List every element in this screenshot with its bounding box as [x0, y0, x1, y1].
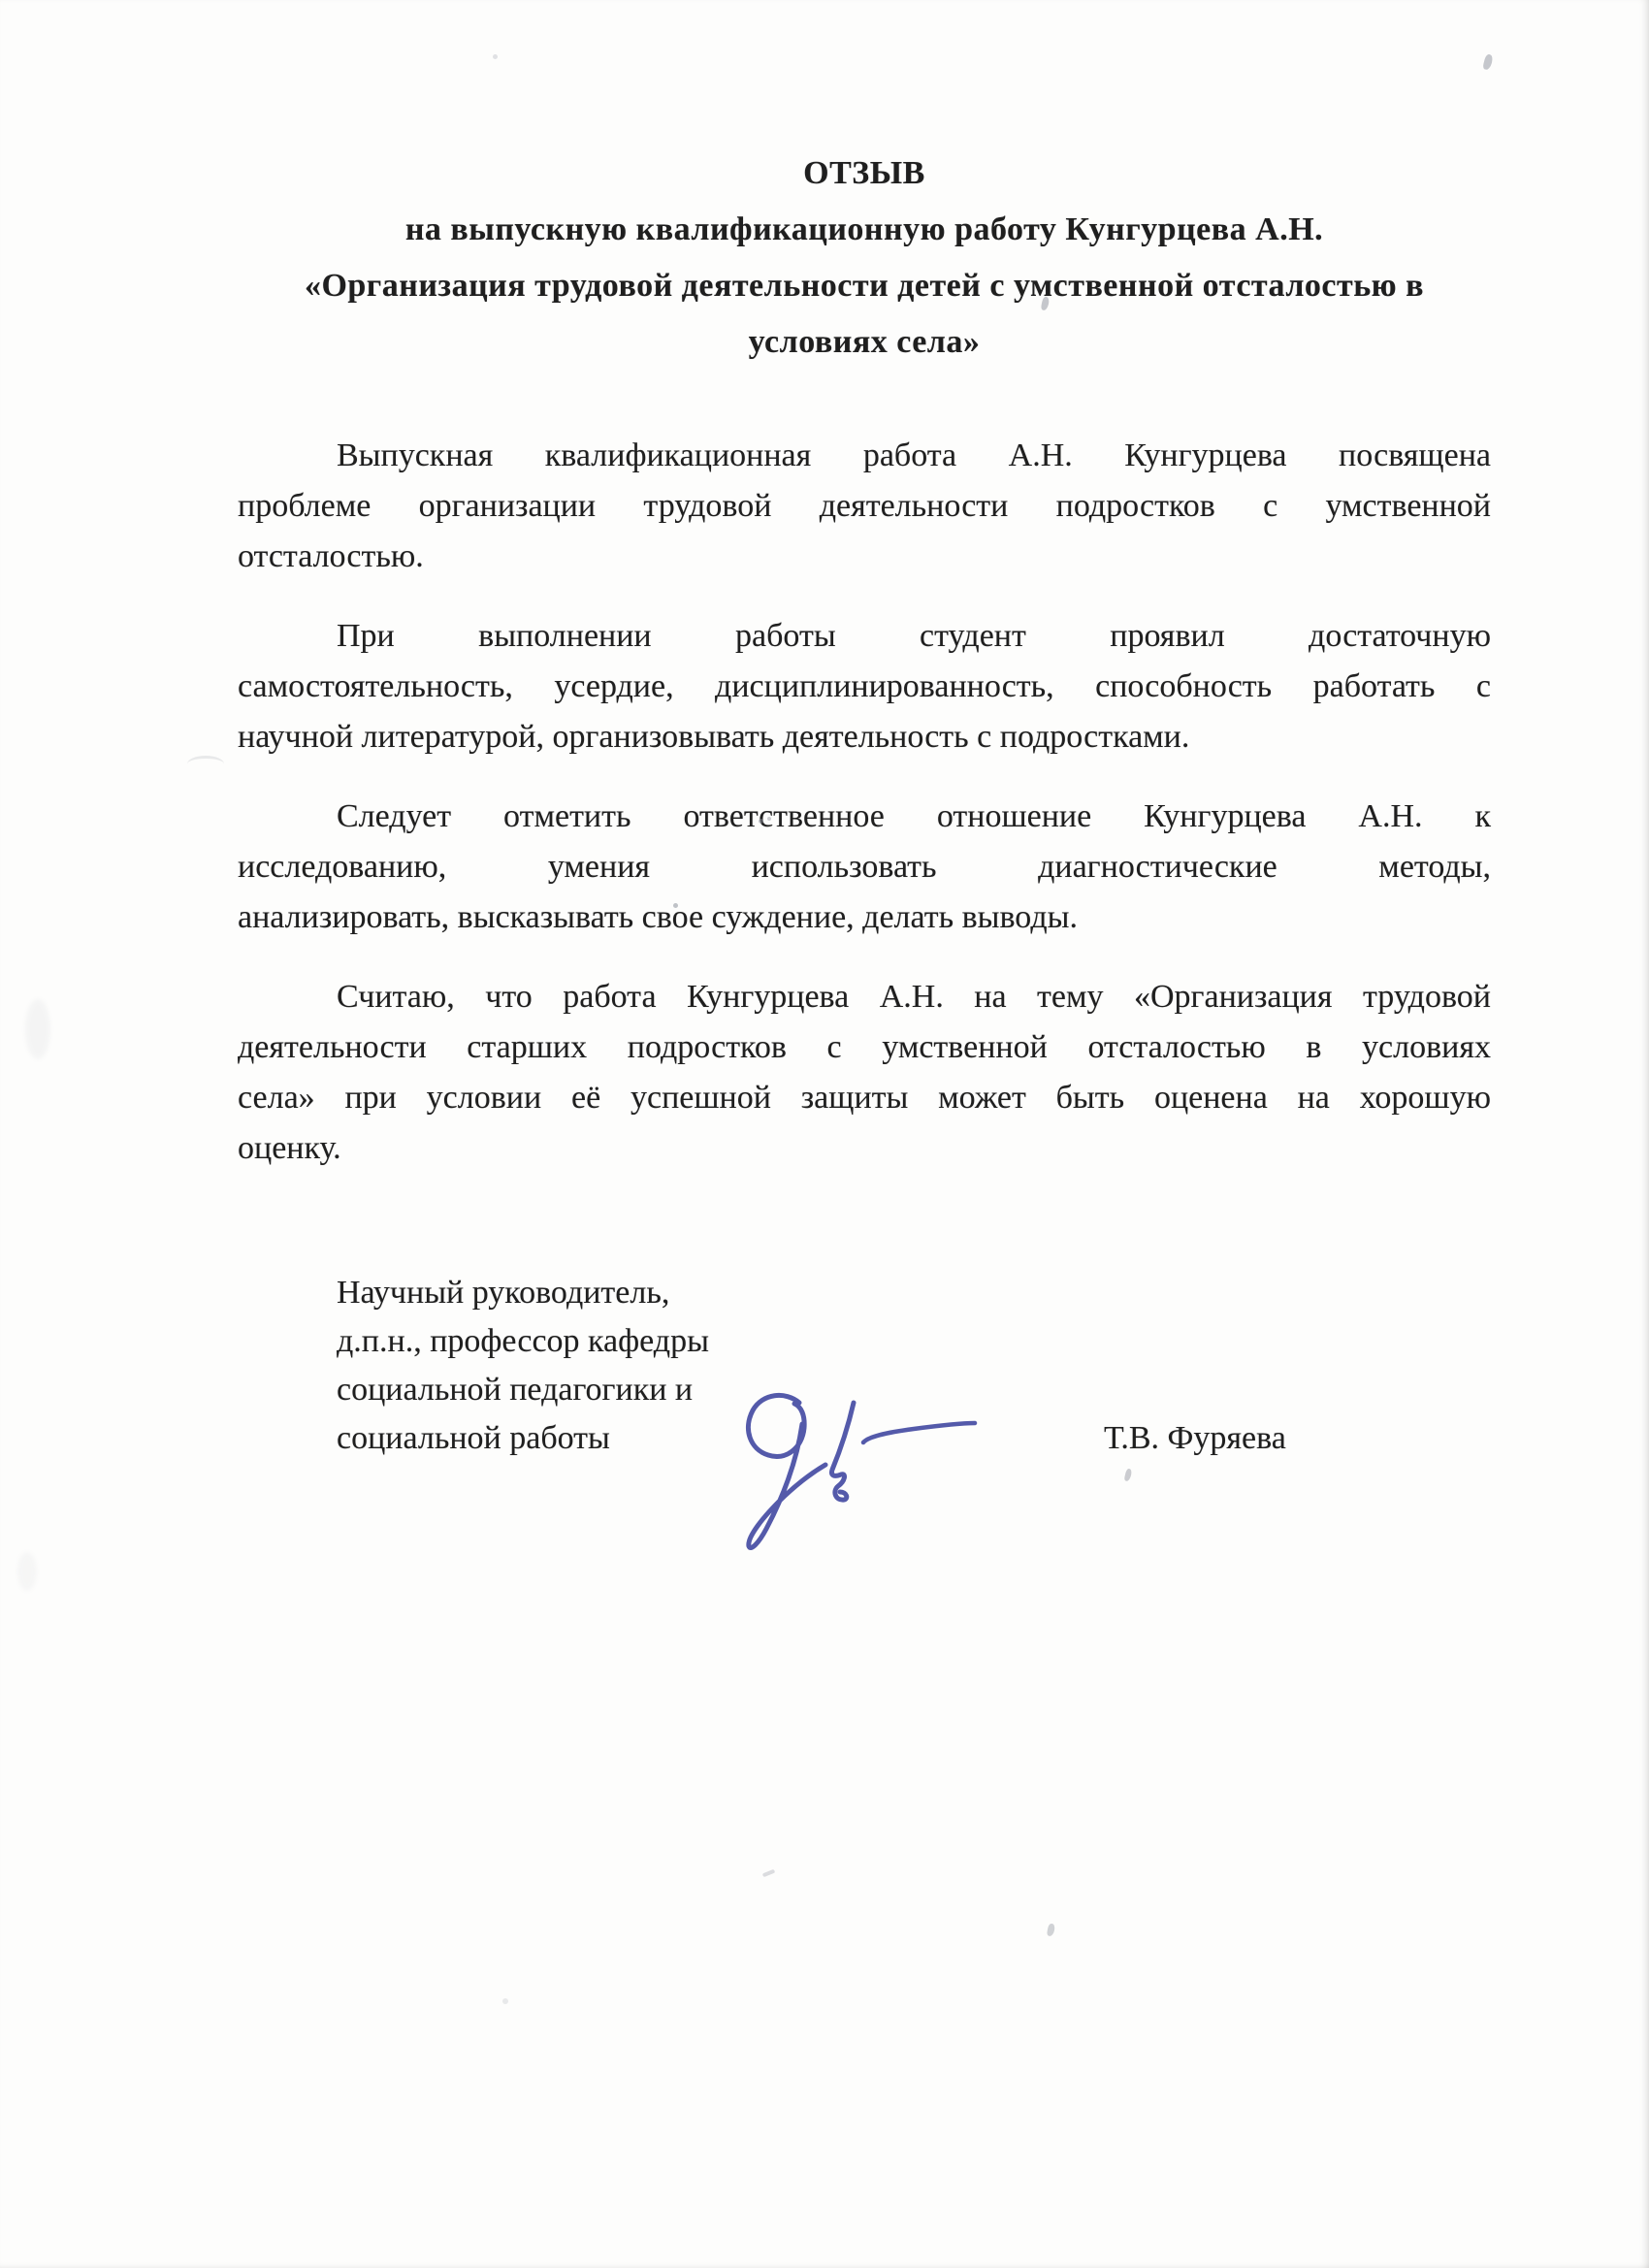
paragraph-line: села» при условии её успешной защиты мож… — [238, 1073, 1491, 1123]
paragraph-line: отсталостью. — [238, 532, 1491, 582]
paragraph: Считаю, что работа Кунгурцева А.Н. на те… — [238, 972, 1491, 1174]
paragraph-line: проблеме организации трудовой деятельнос… — [238, 481, 1491, 532]
paragraph-line: Следует отметить ответственное отношение… — [238, 792, 1491, 842]
signature-role-line: д.п.н., профессор кафедры — [337, 1317, 1491, 1366]
paragraph-line: Считаю, что работа Кунгурцева А.Н. на те… — [238, 972, 1491, 1022]
title-line: условиях села» — [238, 314, 1491, 371]
paragraph: При выполнении работы студент проявил до… — [238, 611, 1491, 762]
paragraph-line: исследованию, умения использовать диагно… — [238, 842, 1491, 892]
paragraph-line: деятельности старших подростков с умстве… — [238, 1022, 1491, 1073]
signature-image — [718, 1383, 999, 1572]
document-page: ОТЗЫВ на выпускную квалификационную рабо… — [0, 0, 1649, 2268]
paragraph-line: оценку. — [238, 1123, 1491, 1174]
scan-artifact — [493, 54, 498, 59]
scan-artifact — [1124, 1468, 1133, 1481]
document-body: Выпускная квалификационная работа А.Н. К… — [238, 431, 1491, 1174]
scan-artifact — [25, 999, 50, 1059]
paragraph-line: При выполнении работы студент проявил до… — [238, 611, 1491, 662]
paragraph: Выпускная квалификационная работа А.Н. К… — [238, 431, 1491, 582]
paragraph-line: Выпускная квалификационная работа А.Н. К… — [238, 431, 1491, 481]
signature-role-line: Научный руководитель, — [337, 1269, 1491, 1317]
scan-artifact — [762, 1869, 776, 1878]
signature-stroke — [831, 1403, 854, 1500]
paragraph-line: анализировать, высказывать свое суждение… — [238, 892, 1491, 943]
paragraph-line: научной литературой, организовывать деят… — [238, 712, 1491, 762]
document-content: ОТЗЫВ на выпускную квалификационную рабо… — [238, 146, 1491, 1463]
signatory-name: Т.В. Фуряева — [1104, 1414, 1286, 1463]
paragraph-line: самостоятельность, усердие, дисциплиниро… — [238, 662, 1491, 712]
scan-artifact — [502, 1998, 508, 2004]
title-line: на выпускную квалификационную работу Кун… — [238, 202, 1491, 258]
scan-artifact — [17, 1552, 37, 1591]
scan-artifact — [187, 756, 224, 772]
scan-artifact — [1482, 53, 1494, 71]
title-line: ОТЗЫВ — [238, 146, 1491, 202]
signature-stroke — [748, 1395, 825, 1547]
scan-artifact — [1047, 1923, 1056, 1936]
document-title: ОТЗЫВ на выпускную квалификационную рабо… — [238, 146, 1491, 371]
signature-stroke — [863, 1423, 975, 1442]
title-line: «Организация трудовой деятельности детей… — [238, 258, 1491, 314]
paragraph: Следует отметить ответственное отношение… — [238, 792, 1491, 943]
